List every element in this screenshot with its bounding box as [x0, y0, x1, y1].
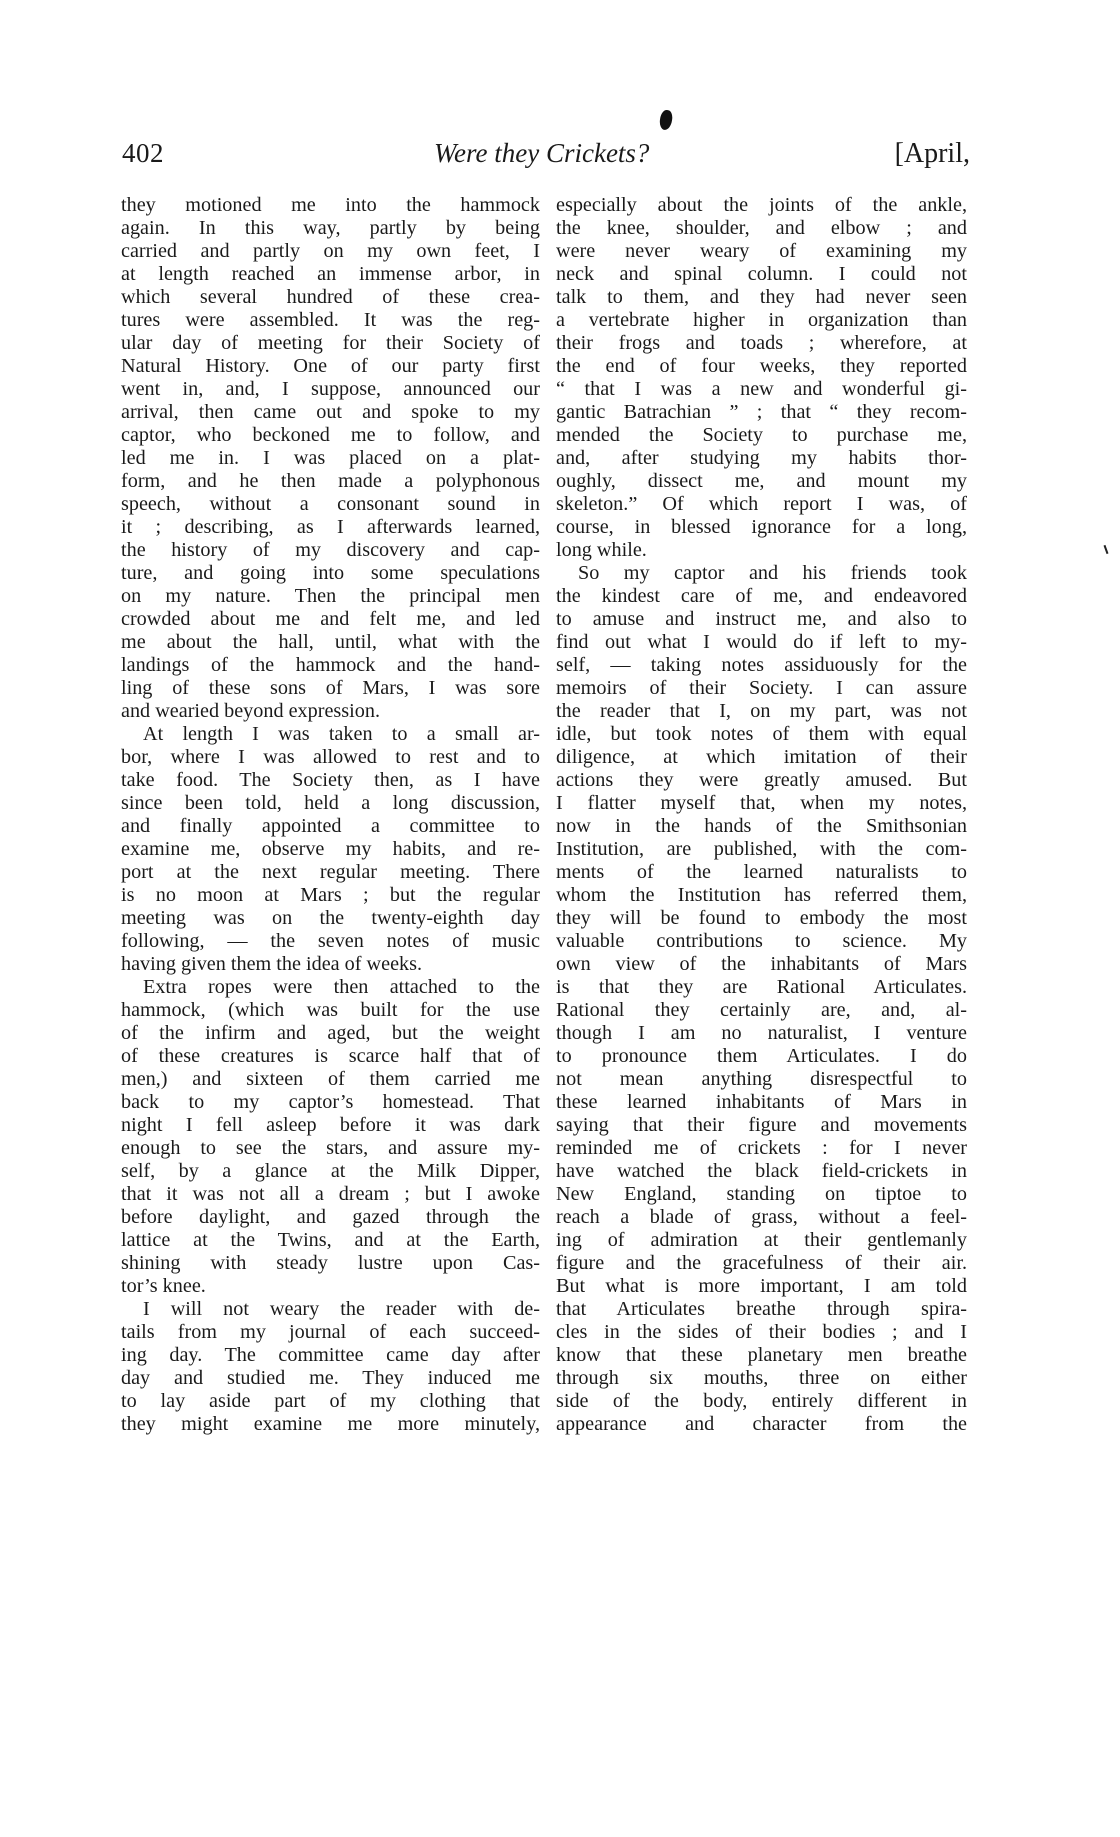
text-line: having given them the idea of weeks. — [121, 953, 540, 976]
text-line: actions they were greatly amused. But — [556, 769, 967, 792]
text-line: they will be found to embody the most — [556, 907, 967, 930]
text-line: the reader that I, on my part, was not — [556, 700, 967, 723]
text-line: reach a blade of grass, without a feel- — [556, 1206, 967, 1229]
left-column: they motioned me into the hammockagain. … — [121, 194, 540, 1436]
text-line: went in, and, I suppose, announced our — [121, 378, 540, 401]
text-line: since been told, held a long discussion, — [121, 792, 540, 815]
text-line: tor’s knee. — [121, 1275, 540, 1298]
page-number: 402 — [122, 138, 164, 169]
text-line: crowded about me and felt me, and led — [121, 608, 540, 631]
text-line: saying that their figure and movements — [556, 1114, 967, 1137]
text-line: me about the hall, until, what with the — [121, 631, 540, 654]
text-line: Natural History. One of our party first — [121, 355, 540, 378]
text-line: the history of my discovery and cap- — [121, 539, 540, 562]
text-line: a vertebrate higher in organization than — [556, 309, 967, 332]
text-line: not mean anything disrespectful to — [556, 1068, 967, 1091]
text-line: that it was not all a dream ; but I awok… — [121, 1183, 540, 1206]
text-line: know that these planetary men breathe — [556, 1344, 967, 1367]
text-line: So my captor and his friends took — [556, 562, 967, 585]
text-line: Extra ropes were then attached to the — [121, 976, 540, 999]
text-line: Rational they certainly are, and, al- — [556, 999, 967, 1022]
text-line: whom the Institution has referred them, — [556, 884, 967, 907]
text-line: memoirs of their Society. I can assure — [556, 677, 967, 700]
text-line: tures were assembled. It was the reg- — [121, 309, 540, 332]
text-line: especially about the joints of the ankle… — [556, 194, 967, 217]
text-line: figure and the gracefulness of their air… — [556, 1252, 967, 1275]
text-line: it ; describing, as I afterwards learned… — [121, 516, 540, 539]
text-line: enough to see the stars, and assure my- — [121, 1137, 540, 1160]
text-line: following, — the seven notes of music — [121, 930, 540, 953]
text-line: self, by a glance at the Milk Dipper, — [121, 1160, 540, 1183]
text-line: they motioned me into the hammock — [121, 194, 540, 217]
text-line: oughly, dissect me, and mount my — [556, 470, 967, 493]
running-title: Were they Crickets? — [434, 138, 649, 169]
running-head: 402 Were they Crickets? [April, — [122, 138, 970, 178]
text-line: back to my captor’s homestead. That — [121, 1091, 540, 1114]
text-line: night I fell asleep before it was dark — [121, 1114, 540, 1137]
text-line: Institution, are published, with the com… — [556, 838, 967, 861]
text-line: carried and partly on my own feet, I — [121, 240, 540, 263]
text-line: I flatter myself that, when my notes, — [556, 792, 967, 815]
text-line: neck and spinal column. I could not — [556, 263, 967, 286]
text-line: appearance and character from the — [556, 1413, 967, 1436]
text-line: take food. The Society then, as I have — [121, 769, 540, 792]
text-line: own view of the inhabitants of Mars — [556, 953, 967, 976]
text-line: valuable contributions to science. My — [556, 930, 967, 953]
text-line: these learned inhabitants of Mars in — [556, 1091, 967, 1114]
text-line: meeting was on the twenty-eighth day — [121, 907, 540, 930]
text-line: now in the hands of the Smithsonian — [556, 815, 967, 838]
text-line: tails from my journal of each succeed- — [121, 1321, 540, 1344]
text-line: men,) and sixteen of them carried me — [121, 1068, 540, 1091]
text-line: talk to them, and they had never seen — [556, 286, 967, 309]
text-line: cles in the sides of their bodies ; and … — [556, 1321, 967, 1344]
text-line: the kindest care of me, and endeavored — [556, 585, 967, 608]
text-line: I will not weary the reader with de- — [121, 1298, 540, 1321]
text-line: ling of these sons of Mars, I was sore — [121, 677, 540, 700]
text-line: and finally appointed a committee to — [121, 815, 540, 838]
text-line: ments of the learned naturalists to — [556, 861, 967, 884]
text-line: find out what I would do if left to my- — [556, 631, 967, 654]
text-line: their frogs and toads ; wherefore, at — [556, 332, 967, 355]
text-line: to lay aside part of my clothing that — [121, 1390, 540, 1413]
text-line: were never weary of examining my — [556, 240, 967, 263]
text-line: At length I was taken to a small ar- — [121, 723, 540, 746]
issue-month: [April, — [895, 138, 970, 170]
text-line: have watched the black field-crickets in — [556, 1160, 967, 1183]
text-line: arrival, then came out and spoke to my — [121, 401, 540, 424]
text-line: led me in. I was placed on a plat- — [121, 447, 540, 470]
text-line: course, in blessed ignorance for a long, — [556, 516, 967, 539]
right-column: especially about the joints of the ankle… — [556, 194, 967, 1436]
text-line: side of the body, entirely different in — [556, 1390, 967, 1413]
text-line: ular day of meeting for their Society of — [121, 332, 540, 355]
margin-mark — [1104, 545, 1109, 554]
text-line: day and studied me. They induced me — [121, 1367, 540, 1390]
text-line: the end of four weeks, they reported — [556, 355, 967, 378]
text-line: that Articulates breathe through spira- — [556, 1298, 967, 1321]
text-line: and, after studying my habits thor- — [556, 447, 967, 470]
text-line: But what is more important, I am told — [556, 1275, 967, 1298]
text-line: and wearied beyond expression. — [121, 700, 540, 723]
text-line: idle, but took notes of them with equal — [556, 723, 967, 746]
text-line: self, — taking notes assiduously for the — [556, 654, 967, 677]
text-line: skeleton.” Of which report I was, of — [556, 493, 967, 516]
text-line: shining with steady lustre upon Cas- — [121, 1252, 540, 1275]
text-line: lattice at the Twins, and at the Earth, — [121, 1229, 540, 1252]
text-line: hammock, (which was built for the use — [121, 999, 540, 1022]
text-line: port at the next regular meeting. There — [121, 861, 540, 884]
text-line: on my nature. Then the principal men — [121, 585, 540, 608]
text-line: at length reached an immense arbor, in — [121, 263, 540, 286]
text-line: gantic Batrachian ” ; that “ they recom- — [556, 401, 967, 424]
text-line: to pronounce them Articulates. I do — [556, 1045, 967, 1068]
text-line: bor, where I was allowed to rest and to — [121, 746, 540, 769]
text-line: though I am no naturalist, I venture — [556, 1022, 967, 1045]
text-line: mended the Society to purchase me, — [556, 424, 967, 447]
text-line: through six mouths, three on either — [556, 1367, 967, 1390]
text-line: again. In this way, partly by being — [121, 217, 540, 240]
text-line: before daylight, and gazed through the — [121, 1206, 540, 1229]
text-line: landings of the hammock and the hand- — [121, 654, 540, 677]
text-line: of these creatures is scarce half that o… — [121, 1045, 540, 1068]
text-line: ing of admiration at their gentlemanly — [556, 1229, 967, 1252]
text-line: to amuse and instruct me, and also to — [556, 608, 967, 631]
text-line: the knee, shoulder, and elbow ; and — [556, 217, 967, 240]
text-line: they might examine me more minutely, — [121, 1413, 540, 1436]
text-line: is that they are Rational Articulates. — [556, 976, 967, 999]
text-line: ing day. The committee came day after — [121, 1344, 540, 1367]
text-line: New England, standing on tiptoe to — [556, 1183, 967, 1206]
text-line: of the infirm and aged, but the weight — [121, 1022, 540, 1045]
ink-blot-mark — [659, 109, 674, 130]
text-line: captor, who beckoned me to follow, and — [121, 424, 540, 447]
text-line: reminded me of crickets : for I never — [556, 1137, 967, 1160]
text-line: examine me, observe my habits, and re- — [121, 838, 540, 861]
text-line: is no moon at Mars ; but the regular — [121, 884, 540, 907]
text-line: long while. — [556, 539, 967, 562]
text-line: speech, without a consonant sound in — [121, 493, 540, 516]
text-line: form, and he then made a polyphonous — [121, 470, 540, 493]
text-line: diligence, at which imitation of their — [556, 746, 967, 769]
text-line: “ that I was a new and wonderful gi- — [556, 378, 967, 401]
text-line: ture, and going into some speculations — [121, 562, 540, 585]
text-line: which several hundred of these crea- — [121, 286, 540, 309]
